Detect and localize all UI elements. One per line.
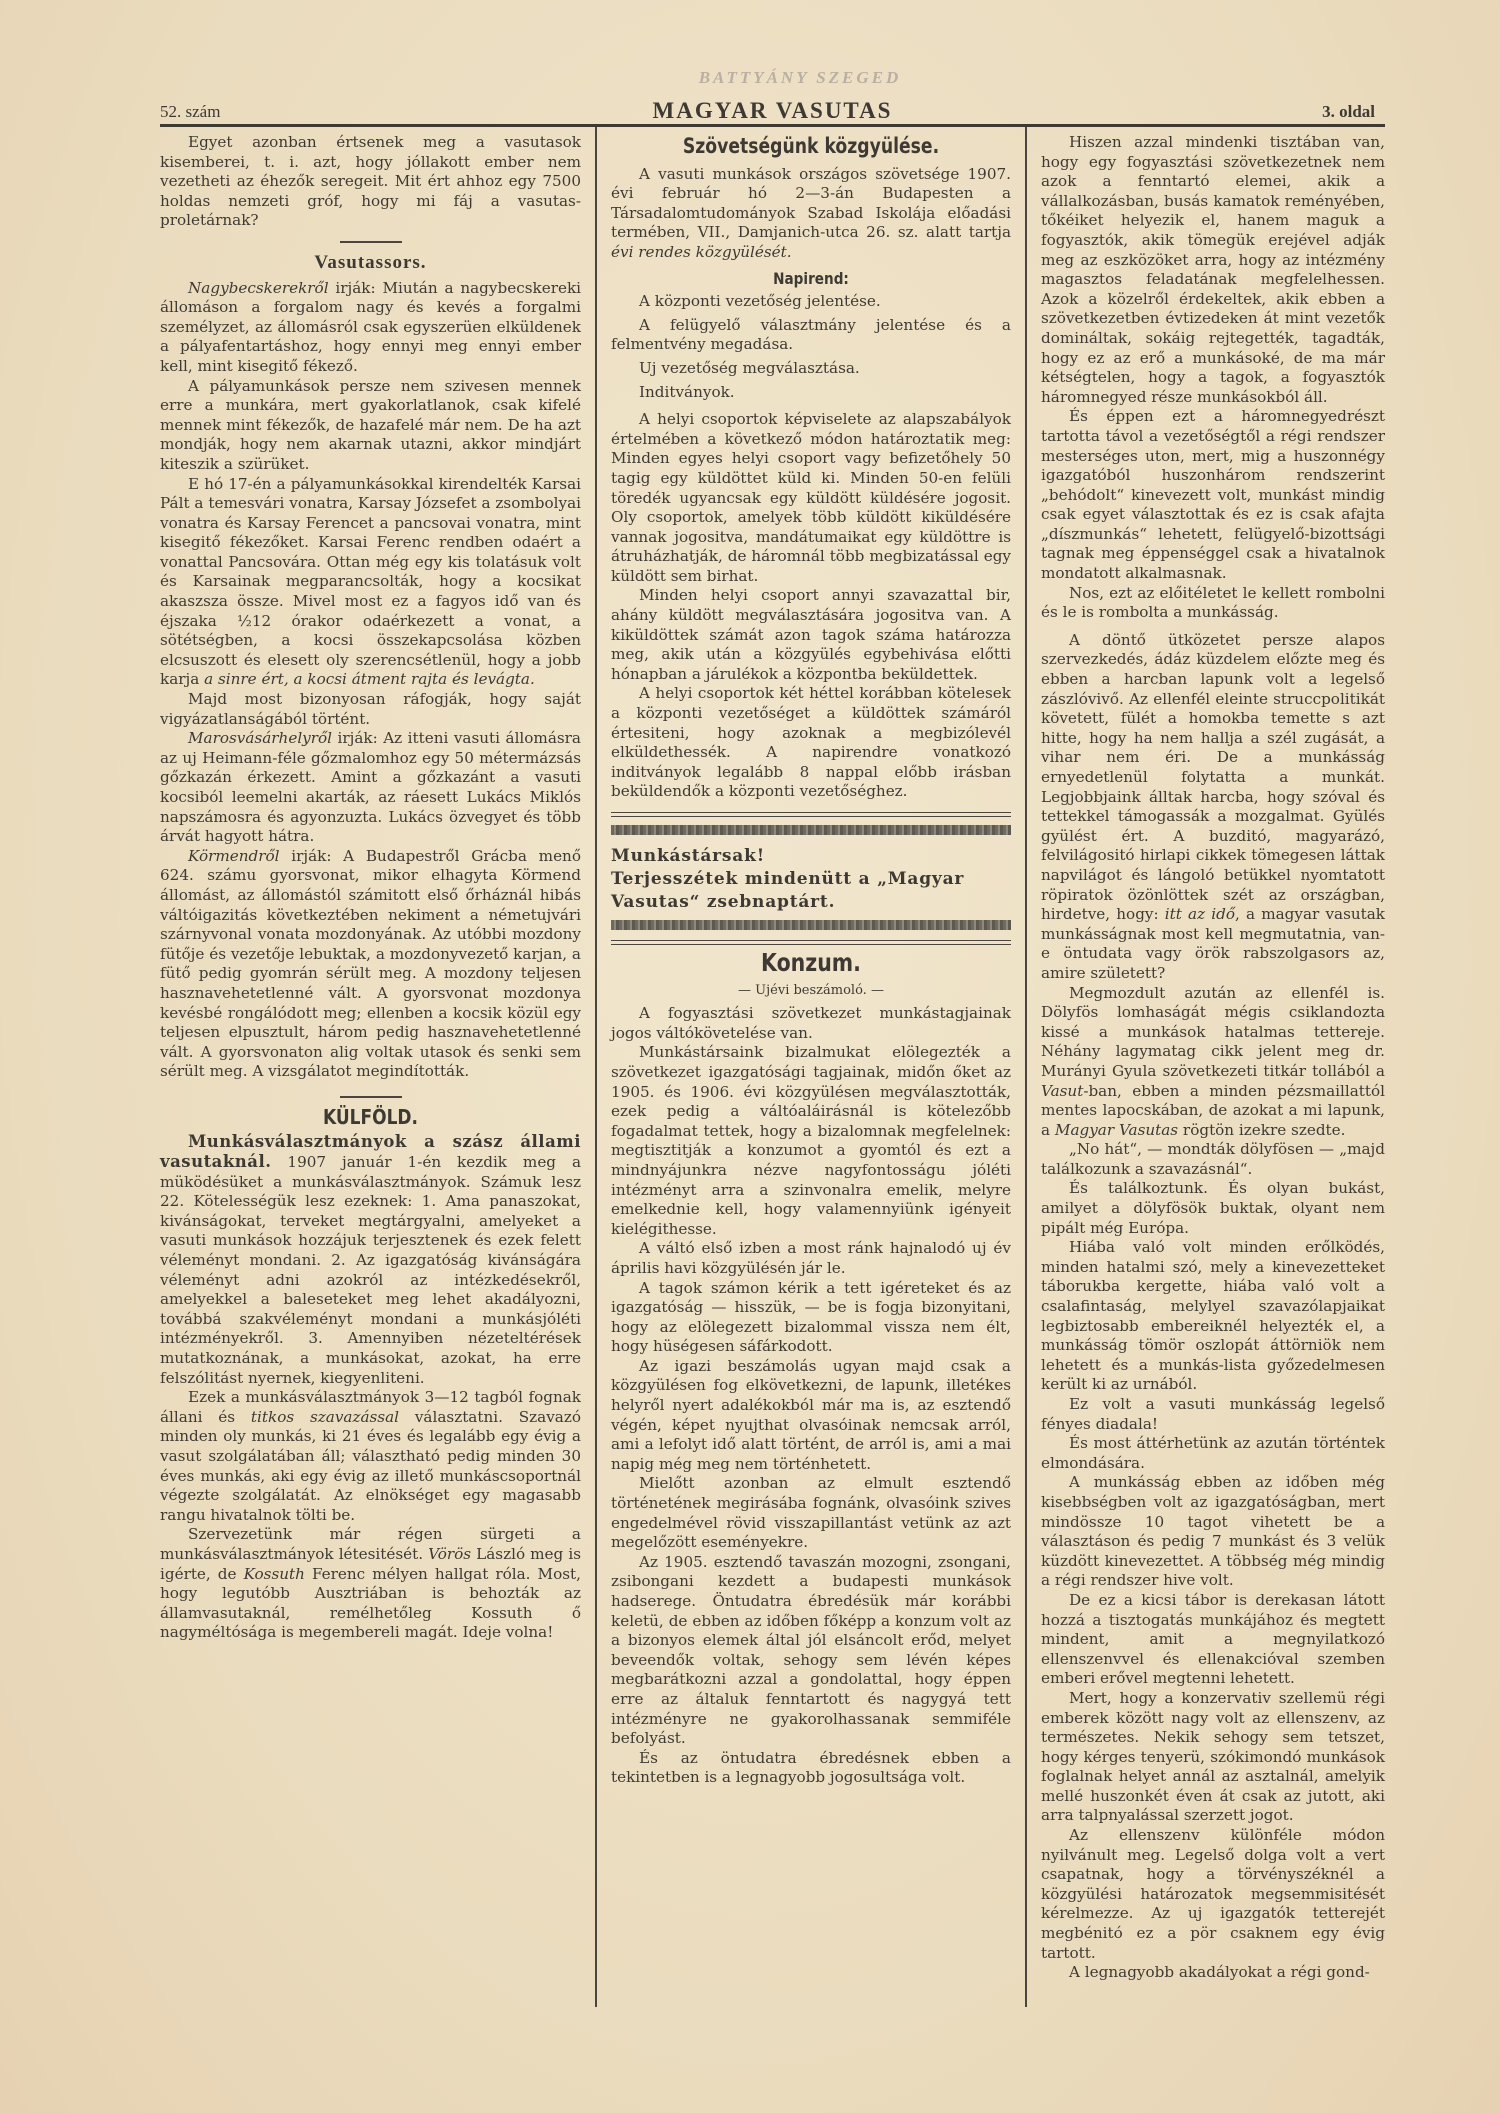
- article-paragraph: A fogyasztási szövetkezet munkástagjaina…: [611, 1004, 1011, 1043]
- article-paragraph: Majd most bizonyosan ráfogják, hogy sajá…: [160, 690, 581, 729]
- paragraph-text: 1907 január 1-én kezdik meg a müködésüke…: [160, 1153, 581, 1387]
- section-title-vasutassors: Vasutassors.: [160, 253, 581, 273]
- article-paragraph: Hiába való volt minden erőlködés, minden…: [1041, 1238, 1385, 1395]
- agenda-title: Napirend:: [641, 269, 981, 289]
- article-paragraph: Megmozdult azután az ellenfél is. Dölyfö…: [1041, 984, 1385, 1141]
- article-paragraph: A munkásság ebben az időben még kisebbsé…: [1041, 1473, 1385, 1591]
- article-paragraph: Munkástársaink bizalmukat elölegezték a …: [611, 1043, 1011, 1239]
- paragraph-text: irják: A Budapestről Grácba menő 624. sz…: [160, 847, 581, 1081]
- article-paragraph: Nagybecskerekről irják: Miután a nagybec…: [160, 279, 581, 377]
- article-paragraph: Mielőtt azonban az elmult esztendő törté…: [611, 1474, 1011, 1552]
- article-paragraph: A legnagyobb akadályokat a régi gond-: [1041, 1963, 1385, 1983]
- article-paragraph: Hiszen azzal mindenki tisztában van, hog…: [1041, 133, 1385, 407]
- article-paragraph: És éppen ezt a háromnegyedrészt tartotta…: [1041, 407, 1385, 583]
- article-paragraph: E hó 17-én a pályamunkásokkal kirendelté…: [160, 475, 581, 691]
- double-rule: [611, 812, 1011, 817]
- paragraph-text: A döntő ütközetet persze alapos szervezk…: [1041, 631, 1385, 923]
- article-paragraph: A tagok számon kérik a tett igéreteket é…: [611, 1279, 1011, 1357]
- paragraph-text: A vasuti munkások országos szövetsége 19…: [611, 165, 1011, 242]
- article-paragraph: Minden helyi csoport annyi szavazattal b…: [611, 586, 1011, 684]
- intro-paragraph: Egyet azonban értsenek meg a vasutasok k…: [160, 133, 581, 231]
- page-number: 3. oldal: [1322, 102, 1375, 122]
- emphasis-text: a sinre ért, a kocsi átment rajta és lev…: [204, 670, 535, 688]
- publication-name: Vasut: [1041, 1082, 1083, 1100]
- article-paragraph: A pályamunkások persze nem szivesen menn…: [160, 377, 581, 475]
- article-paragraph: Körmendről irják: A Budapestről Grácba m…: [160, 847, 581, 1082]
- article-paragraph: Mert, hogy a konzervativ szellemü régi e…: [1041, 1689, 1385, 1826]
- article-subtitle: — Ujévi beszámoló. —: [611, 981, 1011, 1001]
- person-name: Kossuth: [244, 1565, 305, 1583]
- place-name: Nagybecskerekről: [188, 279, 329, 297]
- article-title-konzum: Konzum.: [647, 953, 975, 973]
- agenda-item: A felügyelő választmány jelentése és a f…: [611, 316, 1011, 355]
- emphasis-text: itt az idő: [1165, 905, 1235, 923]
- paragraph-text: E hó 17-én a pályamunkásokkal kirendelté…: [160, 475, 581, 689]
- agenda-item: Uj vezetőség megválasztása.: [611, 359, 1011, 379]
- article-paragraph: De ez a kicsi tábor is derekasan látott …: [1041, 1591, 1385, 1689]
- promo-box: Munkástársak! Terjesszétek mindenütt a „…: [611, 845, 1011, 914]
- paragraph-text: Megmozdult azután az ellenfél is. Dölyfö…: [1041, 984, 1385, 1080]
- article-paragraph: Az ellenszenv különféle módon nyilvánult…: [1041, 1826, 1385, 1963]
- column-right: Hiszen azzal mindenki tisztában van, hog…: [1025, 127, 1385, 2007]
- article-paragraph: És az öntudatra ébredésnek ebben a tekin…: [611, 1749, 1011, 1788]
- emphasis-text: titkos szavazással: [251, 1408, 399, 1426]
- article-paragraph: Az 1905. esztendő tavaszán mozogni, zson…: [611, 1553, 1011, 1749]
- divider: [340, 241, 402, 243]
- page-header: 52. szám MAGYAR VASUTAS 3. oldal: [160, 84, 1385, 122]
- article-paragraph: A vasuti munkások országos szövetsége 19…: [611, 165, 1011, 263]
- ornamental-band: [611, 920, 1011, 930]
- article-paragraph: És találkoztunk. És olyan bukást, amilye…: [1041, 1179, 1385, 1238]
- promo-heading: Munkástársak!: [611, 845, 1011, 868]
- ornamental-band: [611, 825, 1011, 835]
- article-paragraph: Szervezetünk már régen sürgeti a munkásv…: [160, 1525, 581, 1643]
- person-name: Vörös: [428, 1545, 471, 1563]
- divider: [340, 1096, 402, 1098]
- agenda-item: Inditványok.: [611, 383, 1011, 403]
- publication-name: Magyar Vasutas: [1055, 1121, 1178, 1139]
- article-paragraph: A váltó első izben a most ránk hajnalodó…: [611, 1239, 1011, 1278]
- promo-text: Terjesszétek mindenütt a „Magyar Vasutas…: [611, 868, 1011, 914]
- article-paragraph: Marosvásárhelyről irják: Az itteni vasut…: [160, 729, 581, 847]
- emphasis-text: évi rendes közgyülését.: [611, 243, 792, 261]
- place-name: Marosvásárhelyről: [188, 729, 332, 747]
- article-paragraph: „No hát“, — mondták dölyfösen — „majd ta…: [1041, 1140, 1385, 1179]
- newspaper-page: 52. szám MAGYAR VASUTAS 3. oldal Egyet a…: [160, 84, 1385, 2007]
- column-left: Egyet azonban értsenek meg a vasutasok k…: [160, 127, 595, 2007]
- masthead-title: MAGYAR VASUTAS: [160, 98, 1385, 124]
- article-title-kozgyules: Szövetségünk közgyülése.: [647, 137, 975, 157]
- section-title-kulfold: KÜLFÖLD.: [192, 1108, 550, 1128]
- columns: Egyet azonban értsenek meg a vasutasok k…: [160, 127, 1385, 2007]
- article-paragraph: A helyi csoportok képviselete az alapsza…: [611, 410, 1011, 586]
- article-paragraph: Ez volt a vasuti munkásság legelső fénye…: [1041, 1395, 1385, 1434]
- double-rule: [611, 940, 1011, 945]
- place-name: Körmendről: [188, 847, 280, 865]
- article-paragraph: Munkásválasztmányok a szász állami vasut…: [160, 1132, 581, 1389]
- article-paragraph: A döntő ütközetet persze alapos szervezk…: [1041, 631, 1385, 984]
- paragraph-text: rögtön izekre szedte.: [1178, 1121, 1345, 1139]
- column-middle: Szövetségünk közgyülése. A vasuti munkás…: [595, 127, 1025, 2007]
- article-paragraph: Az igazi beszámolás ugyan majd csak a kö…: [611, 1357, 1011, 1475]
- agenda-item: A központi vezetőség jelentése.: [611, 292, 1011, 312]
- article-paragraph: És most áttérhetünk az azután történtek …: [1041, 1434, 1385, 1473]
- article-paragraph: A helyi csoportok két héttel korábban kö…: [611, 684, 1011, 802]
- article-paragraph: Nos, ezt az előitéletet le kellett rombo…: [1041, 584, 1385, 623]
- article-paragraph: Ezek a munkásválasztmányok 3—12 tagból f…: [160, 1388, 581, 1525]
- agenda-list: A központi vezetőség jelentése. A felügy…: [611, 292, 1011, 402]
